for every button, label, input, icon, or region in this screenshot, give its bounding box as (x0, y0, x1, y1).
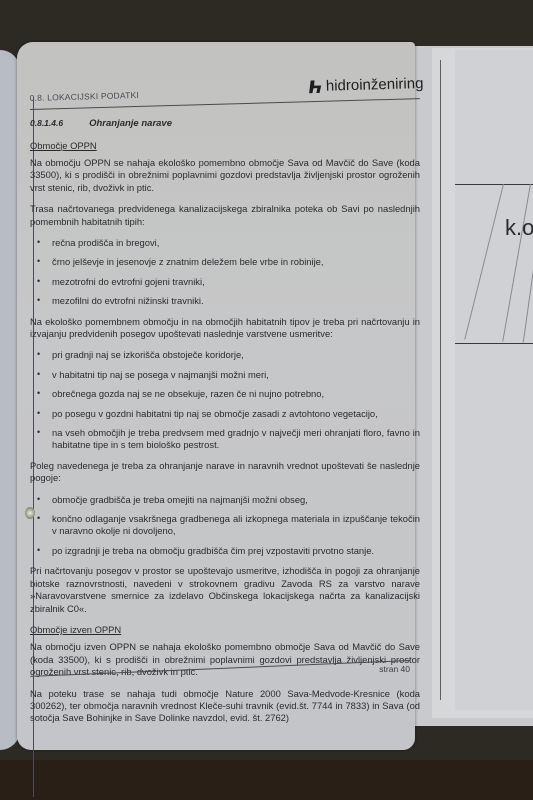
condition-list: območje gradbišča je treba omejiti na na… (30, 494, 420, 558)
list-item: pri gradnji naj se izkorišča obstoječe k… (50, 349, 420, 361)
paragraph: Na poteku trase se nahaja tudi območje N… (30, 688, 420, 725)
paragraph: Trasa načrtovanega predvidenega kanaliza… (30, 203, 420, 228)
list-item: po posegu v gozdni habitatni tip naj se … (50, 408, 420, 420)
brand-logo: hidroinženiring (309, 74, 424, 97)
subheading-outside-oppn: Območje izven OPPN (30, 624, 420, 636)
paragraph: Poleg navedenega je treba za ohranjanje … (30, 460, 420, 485)
list-item: po izgradnji je treba na območju gradbiš… (50, 545, 420, 557)
hidroinzeniring-logo-icon (309, 80, 322, 93)
list-item: črno jelševje in jesenovje z znatnim del… (50, 256, 420, 268)
brand-name: hidroinženiring (326, 74, 424, 97)
list-item: obrečnega gozda naj se ne obsekuje, raze… (50, 388, 420, 400)
list-item: končno odlaganje vsakršnega gradbenega a… (50, 513, 420, 538)
section-title: Ohranjanje narave (89, 118, 172, 131)
page-number: stran 40 (379, 664, 410, 674)
section-number: 0.8.1.4.6 (30, 118, 63, 131)
chapter-title: 0.8. LOKACIJSKI PODATKI (30, 90, 140, 104)
list-item: na vseh območjih je treba predvsem med g… (50, 427, 420, 452)
list-item: območje gradbišča je treba omejiti na na… (50, 494, 420, 506)
list-item: mezofilni do evtrofni nižinski travniki. (50, 295, 420, 307)
plan-contour-line (464, 184, 504, 339)
paragraph: Na ekološko pomembnem območju in na obmo… (30, 316, 420, 341)
list-item: rečna prodišča in bregovi, (50, 237, 420, 249)
paragraph: Pri načrtovanju posegov v prostor se upo… (30, 565, 420, 615)
guideline-list: pri gradnji naj se izkorišča obstoječe k… (30, 349, 420, 451)
plan-border-line (455, 343, 533, 344)
desk-surface (0, 760, 533, 800)
plan-drawing-sheet (455, 50, 533, 710)
subheading-oppn: Območje OPPN (30, 140, 420, 152)
list-item: mezotrofni do evtrofni gojeni travniki, (50, 276, 420, 288)
section-heading: 0.8.1.4.6 Ohranjanje narave (30, 118, 420, 131)
list-item: v habitatni tip naj se posega v najmanjš… (50, 369, 420, 381)
habitat-list: rečna prodišča in bregovi, črno jelševje… (30, 237, 420, 308)
plan-contour-line (523, 184, 533, 343)
plan-label: k.o. (505, 215, 533, 241)
plan-border-line (455, 184, 533, 185)
back-page-rule (440, 60, 441, 700)
paragraph: Na območju OPPN se nahaja ekološko pomem… (30, 157, 420, 194)
page-content: 0.8. LOKACIJSKI PODATKI hidroinženiring … (30, 87, 420, 734)
